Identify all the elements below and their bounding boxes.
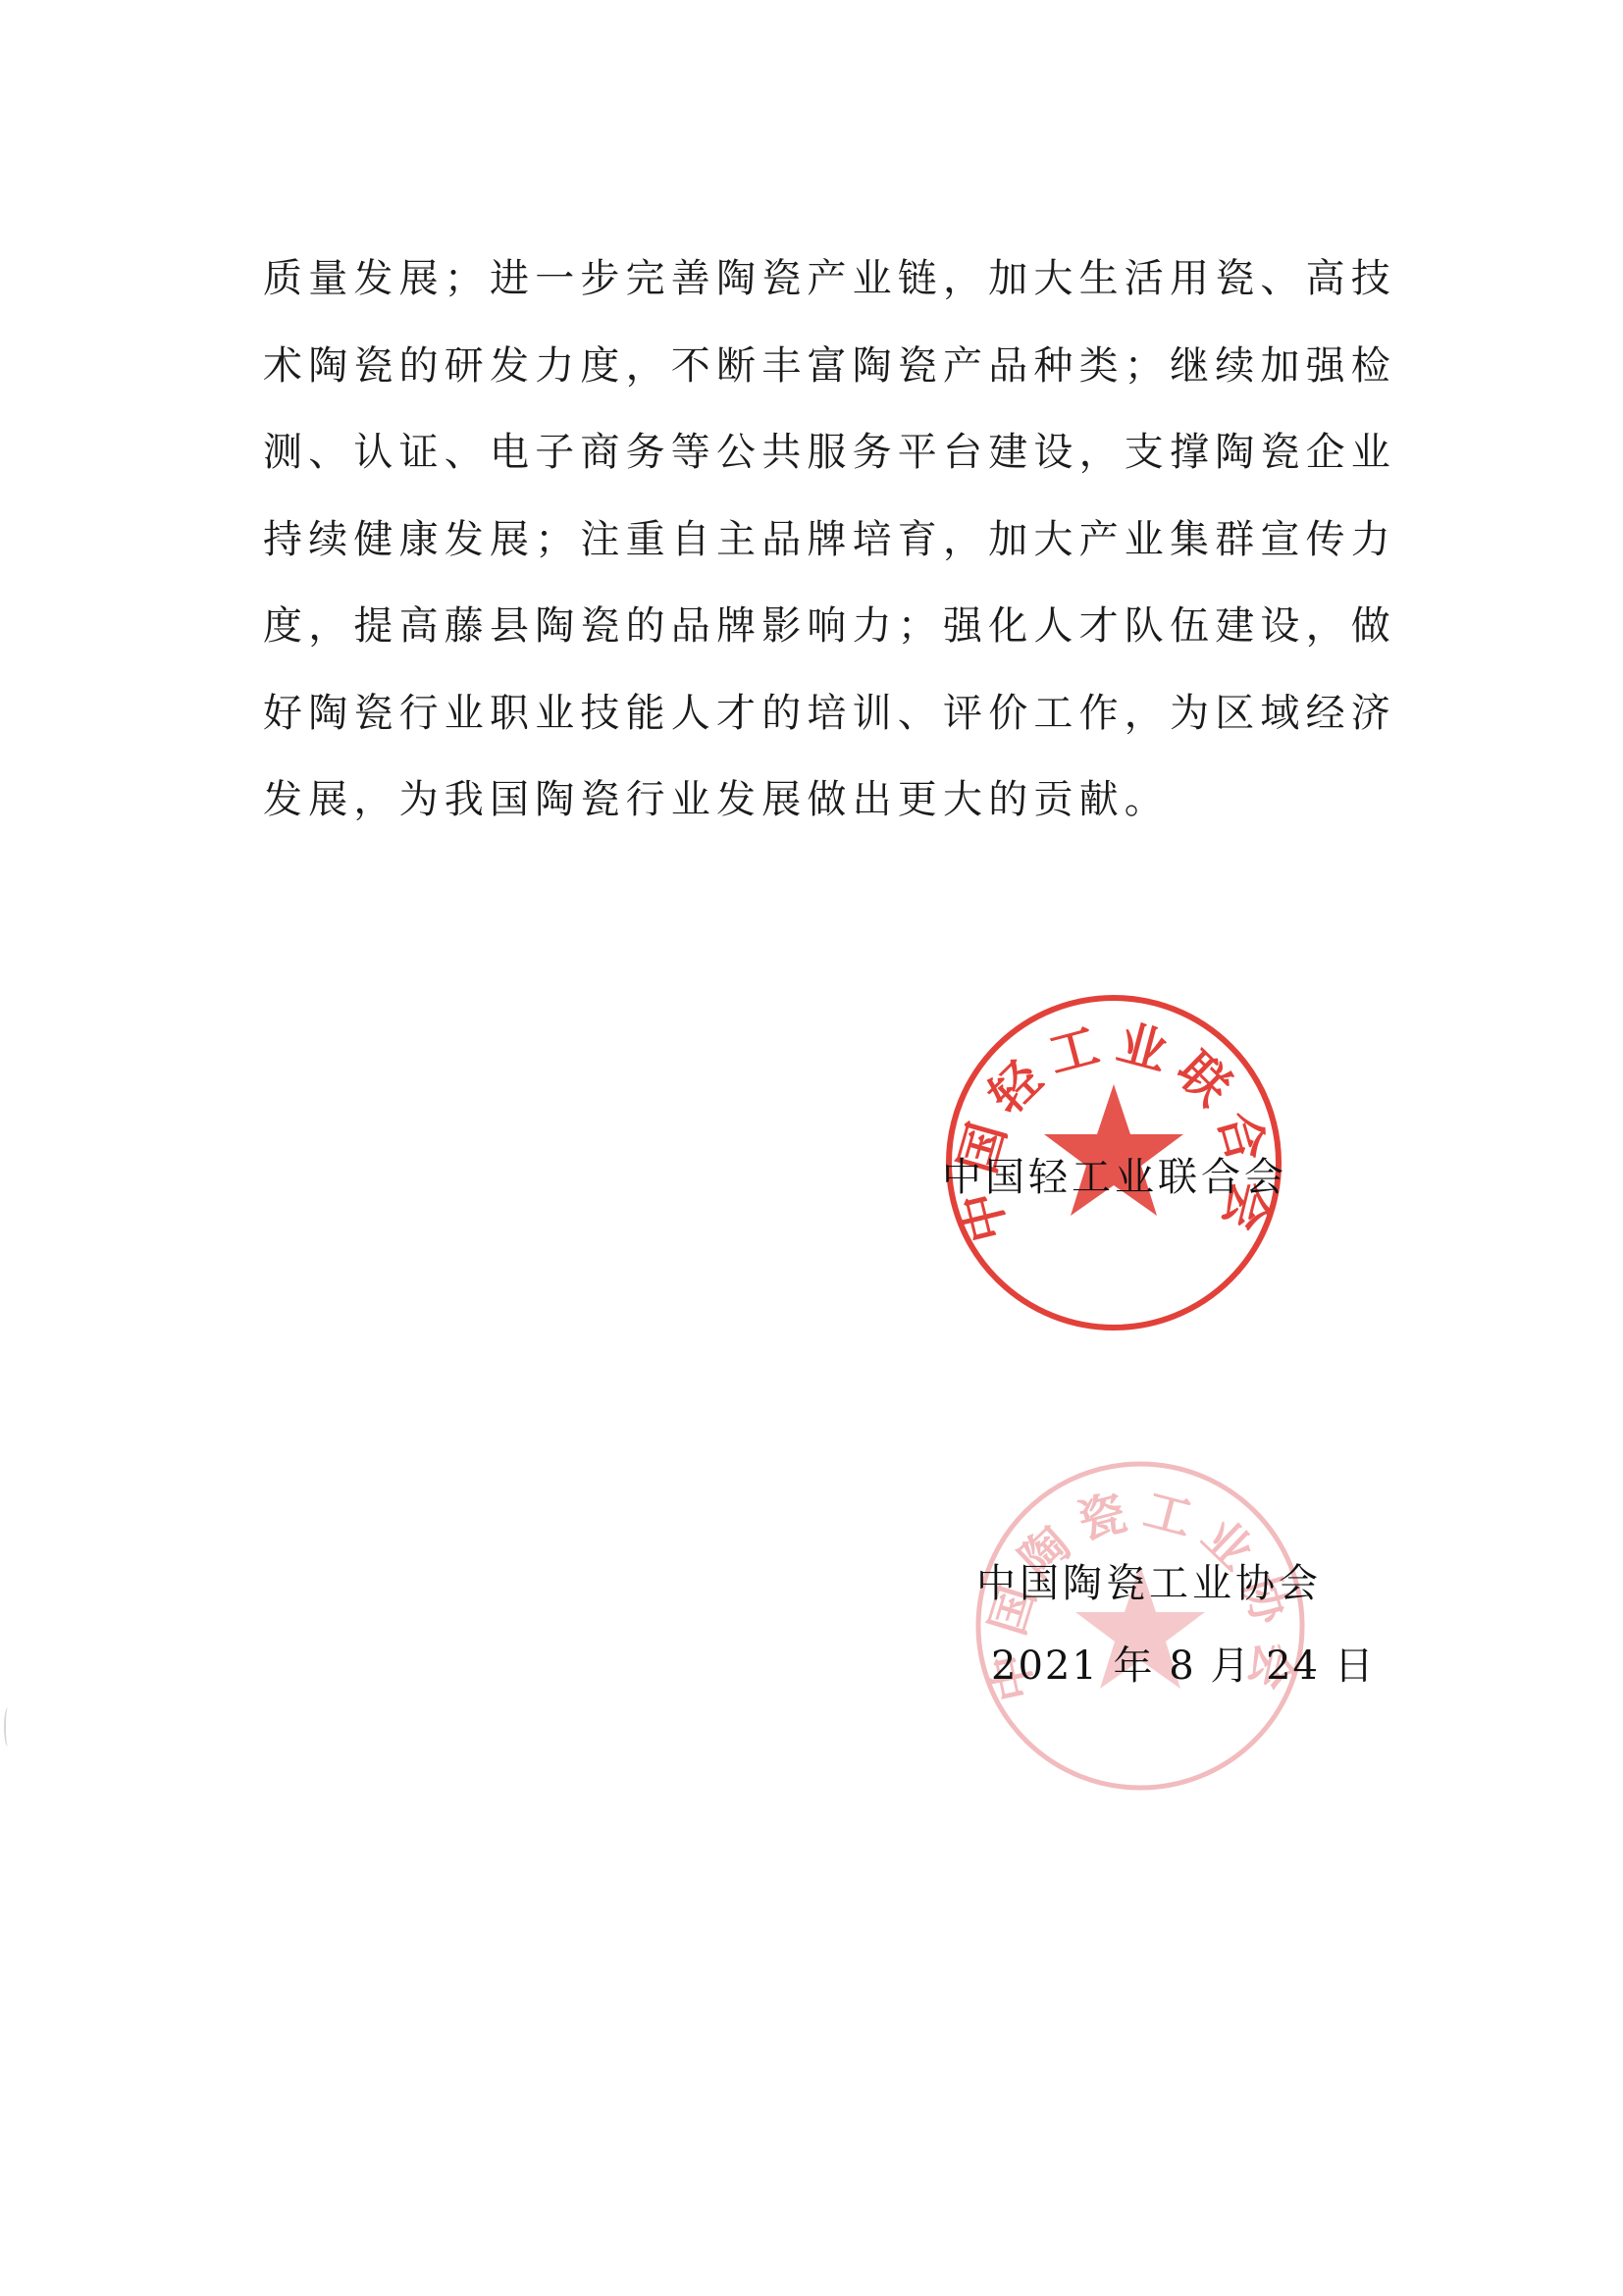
body-line-2: 术陶瓷的研发力度，不断丰富陶瓷产品种类；继续加强检 xyxy=(263,323,1384,410)
scan-edge-mark xyxy=(4,1707,12,1747)
body-line-7: 发展，为我国陶瓷行业发展做出更大的贡献。 xyxy=(263,757,1384,844)
body-paragraph: 质量发展；进一步完善陶瓷产业链，加大生活用瓷、高技 术陶瓷的研发力度，不断丰富陶… xyxy=(263,235,1384,844)
body-line-1: 质量发展；进一步完善陶瓷产业链，加大生活用瓷、高技 xyxy=(263,235,1384,323)
signing-date: 2021 年 8 月 24 日 xyxy=(991,1635,1376,1691)
signatory-ceramic-association: 中国陶瓷工业协会 xyxy=(976,1552,1322,1608)
body-line-6: 好陶瓷行业职业技能人才的培训、评价工作，为区域经济 xyxy=(263,670,1384,757)
body-line-3: 测、认证、电子商务等公共服务平台建设，支撑陶瓷企业 xyxy=(263,409,1384,496)
signatory-light-industry: 中国轻工业联合会 xyxy=(942,1146,1287,1202)
document-page: 质量发展；进一步完善陶瓷产业链，加大生活用瓷、高技 术陶瓷的研发力度，不断丰富陶… xyxy=(0,0,1623,2296)
body-line-5: 度，提高藤县陶瓷的品牌影响力；强化人才队伍建设，做 xyxy=(263,583,1384,670)
official-seal-ceramic-association: 中国陶瓷工业协会 xyxy=(971,1457,1310,1796)
body-line-4: 持续健康发展；注重自主品牌培育，加大产业集群宣传力 xyxy=(263,496,1384,584)
seal-icon: 中国陶瓷工业协会 xyxy=(971,1457,1310,1796)
